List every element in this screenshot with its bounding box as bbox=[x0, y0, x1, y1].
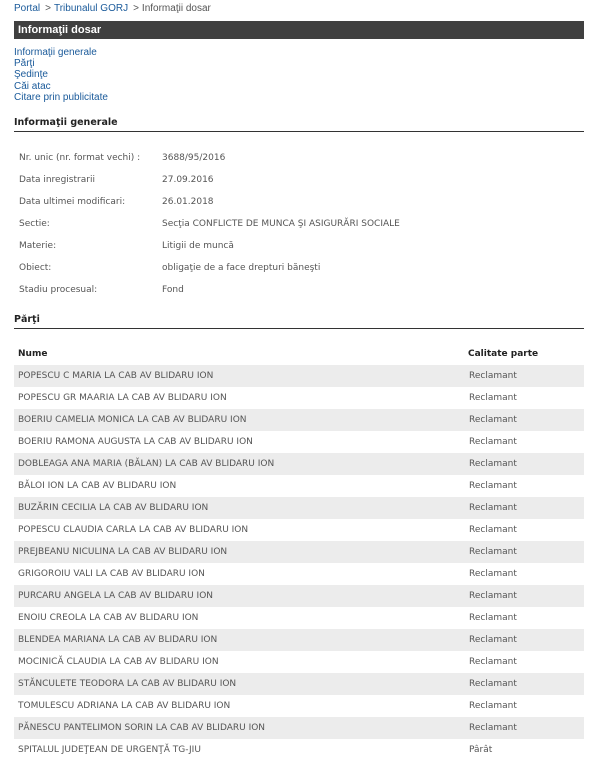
party-name: POPESCU C MARIA LA CAB AV BLIDARU ION bbox=[18, 365, 213, 387]
table-row: MOCINICĂ CLAUDIA LA CAB AV BLIDARU IONRe… bbox=[14, 651, 584, 673]
general-info-heading: Informaţii generale bbox=[14, 114, 584, 132]
info-label: Materie: bbox=[19, 235, 56, 257]
info-label: Nr. unic (nr. format vechi) : bbox=[19, 147, 140, 169]
table-row: STĂNCULETE TEODORA LA CAB AV BLIDARU ION… bbox=[14, 673, 584, 695]
info-value: obligaţie de a face drepturi băneşti bbox=[162, 257, 320, 279]
info-label: Sectie: bbox=[19, 213, 50, 235]
info-row: Data inregistrarii27.09.2016 bbox=[14, 169, 584, 191]
nav-link-public-summons[interactable]: Citare prin publicitate bbox=[14, 92, 108, 103]
party-role: Reclamant bbox=[469, 409, 517, 431]
section-nav: Informaţii generale Părţi Şedinţe Căi at… bbox=[14, 47, 108, 103]
table-row: DOBLEAGA ANA MARIA (BĂLAN) LA CAB AV BLI… bbox=[14, 453, 584, 475]
info-value: 26.01.2018 bbox=[162, 191, 214, 213]
table-row: BOERIU CAMELIA MONICA LA CAB AV BLIDARU … bbox=[14, 409, 584, 431]
table-body: POPESCU C MARIA LA CAB AV BLIDARU IONRec… bbox=[14, 365, 584, 761]
table-header: Nume Calitate parte bbox=[14, 343, 584, 365]
info-value: 27.09.2016 bbox=[162, 169, 214, 191]
info-row: Data ultimei modificari:26.01.2018 bbox=[14, 191, 584, 213]
general-info: Nr. unic (nr. format vechi) :3688/95/201… bbox=[14, 147, 584, 301]
party-role: Reclamant bbox=[469, 673, 517, 695]
info-value: 3688/95/2016 bbox=[162, 147, 225, 169]
table-row: GRIGOROIU VALI LA CAB AV BLIDARU IONRecl… bbox=[14, 563, 584, 585]
table-row: BUZĂRIN CECILIA LA CAB AV BLIDARU IONRec… bbox=[14, 497, 584, 519]
breadcrumb-tribunal[interactable]: Tribunalul GORJ bbox=[54, 3, 128, 14]
breadcrumb-current: Informaţii dosar bbox=[142, 3, 211, 14]
table-row: SPITALUL JUDEŢEAN DE URGENŢĂ TG-JIUPârât bbox=[14, 739, 584, 761]
party-role: Pârât bbox=[469, 739, 492, 761]
party-name: MOCINICĂ CLAUDIA LA CAB AV BLIDARU ION bbox=[18, 651, 219, 673]
table-row: POPESCU GR MAARIA LA CAB AV BLIDARU IONR… bbox=[14, 387, 584, 409]
table-row: ENOIU CREOLA LA CAB AV BLIDARU IONReclam… bbox=[14, 607, 584, 629]
info-row: Sectie:Secţia CONFLICTE DE MUNCA ŞI ASIG… bbox=[14, 213, 584, 235]
party-name: PĂNESCU PANTELIMON SORIN LA CAB AV BLIDA… bbox=[18, 717, 265, 739]
breadcrumb: Portal>Tribunalul GORJ>Informaţii dosar bbox=[14, 3, 211, 14]
party-name: PREJBEANU NICULINA LA CAB AV BLIDARU ION bbox=[18, 541, 227, 563]
party-role: Reclamant bbox=[469, 453, 517, 475]
party-role: Reclamant bbox=[469, 541, 517, 563]
party-role: Reclamant bbox=[469, 629, 517, 651]
table-row: PREJBEANU NICULINA LA CAB AV BLIDARU ION… bbox=[14, 541, 584, 563]
info-row: Materie:Litigii de muncă bbox=[14, 235, 584, 257]
party-name: BĂLOI ION LA CAB AV BLIDARU ION bbox=[18, 475, 176, 497]
info-label: Obiect: bbox=[19, 257, 51, 279]
info-row: Obiect:obligaţie de a face drepturi băne… bbox=[14, 257, 584, 279]
party-role: Reclamant bbox=[469, 475, 517, 497]
party-role: Reclamant bbox=[469, 497, 517, 519]
table-row: POPESCU C MARIA LA CAB AV BLIDARU IONRec… bbox=[14, 365, 584, 387]
nav-link-appeals[interactable]: Căi atac bbox=[14, 81, 108, 92]
info-row: Stadiu procesual:Fond bbox=[14, 279, 584, 301]
party-name: TOMULESCU ADRIANA LA CAB AV BLIDARU ION bbox=[18, 695, 230, 717]
nav-link-hearings[interactable]: Şedinţe bbox=[14, 69, 108, 80]
info-value: Secţia CONFLICTE DE MUNCA ŞI ASIGURĂRI S… bbox=[162, 213, 400, 235]
party-name: BUZĂRIN CECILIA LA CAB AV BLIDARU ION bbox=[18, 497, 208, 519]
party-name: BOERIU RAMONA AUGUSTA LA CAB AV BLIDARU … bbox=[18, 431, 253, 453]
party-role: Reclamant bbox=[469, 585, 517, 607]
column-header-role: Calitate parte bbox=[468, 343, 538, 365]
party-role: Reclamant bbox=[469, 717, 517, 739]
party-name: SPITALUL JUDEŢEAN DE URGENŢĂ TG-JIU bbox=[18, 739, 201, 761]
party-name: ENOIU CREOLA LA CAB AV BLIDARU ION bbox=[18, 607, 198, 629]
breadcrumb-portal[interactable]: Portal bbox=[14, 3, 40, 14]
breadcrumb-separator: > bbox=[45, 3, 51, 14]
info-label: Data inregistrarii bbox=[19, 169, 95, 191]
party-name: POPESCU GR MAARIA LA CAB AV BLIDARU ION bbox=[18, 387, 227, 409]
table-row: PURCARU ANGELA LA CAB AV BLIDARU IONRecl… bbox=[14, 585, 584, 607]
party-role: Reclamant bbox=[469, 431, 517, 453]
party-role: Reclamant bbox=[469, 563, 517, 585]
table-row: BOERIU RAMONA AUGUSTA LA CAB AV BLIDARU … bbox=[14, 431, 584, 453]
parties-table: Nume Calitate parte POPESCU C MARIA LA C… bbox=[14, 343, 584, 761]
party-name: BOERIU CAMELIA MONICA LA CAB AV BLIDARU … bbox=[18, 409, 247, 431]
party-role: Reclamant bbox=[469, 607, 517, 629]
page-title: Informaţii dosar bbox=[14, 21, 584, 39]
nav-link-parties[interactable]: Părţi bbox=[14, 58, 108, 69]
table-row: TOMULESCU ADRIANA LA CAB AV BLIDARU IONR… bbox=[14, 695, 584, 717]
column-header-name: Nume bbox=[18, 343, 47, 365]
info-value: Fond bbox=[162, 279, 184, 301]
party-role: Reclamant bbox=[469, 651, 517, 673]
table-row: BĂLOI ION LA CAB AV BLIDARU IONReclamant bbox=[14, 475, 584, 497]
party-name: DOBLEAGA ANA MARIA (BĂLAN) LA CAB AV BLI… bbox=[18, 453, 274, 475]
info-label: Stadiu procesual: bbox=[19, 279, 97, 301]
party-role: Reclamant bbox=[469, 365, 517, 387]
nav-link-general[interactable]: Informaţii generale bbox=[14, 47, 108, 58]
breadcrumb-separator: > bbox=[133, 3, 139, 14]
info-row: Nr. unic (nr. format vechi) :3688/95/201… bbox=[14, 147, 584, 169]
party-name: POPESCU CLAUDIA CARLA LA CAB AV BLIDARU … bbox=[18, 519, 248, 541]
table-row: BLENDEA MARIANA LA CAB AV BLIDARU IONRec… bbox=[14, 629, 584, 651]
party-name: PURCARU ANGELA LA CAB AV BLIDARU ION bbox=[18, 585, 213, 607]
party-name: GRIGOROIU VALI LA CAB AV BLIDARU ION bbox=[18, 563, 205, 585]
party-name: BLENDEA MARIANA LA CAB AV BLIDARU ION bbox=[18, 629, 217, 651]
info-label: Data ultimei modificari: bbox=[19, 191, 125, 213]
table-row: PĂNESCU PANTELIMON SORIN LA CAB AV BLIDA… bbox=[14, 717, 584, 739]
table-row: POPESCU CLAUDIA CARLA LA CAB AV BLIDARU … bbox=[14, 519, 584, 541]
party-role: Reclamant bbox=[469, 387, 517, 409]
info-value: Litigii de muncă bbox=[162, 235, 234, 257]
party-name: STĂNCULETE TEODORA LA CAB AV BLIDARU ION bbox=[18, 673, 236, 695]
party-role: Reclamant bbox=[469, 695, 517, 717]
party-role: Reclamant bbox=[469, 519, 517, 541]
parties-heading: Părţi bbox=[14, 311, 584, 329]
